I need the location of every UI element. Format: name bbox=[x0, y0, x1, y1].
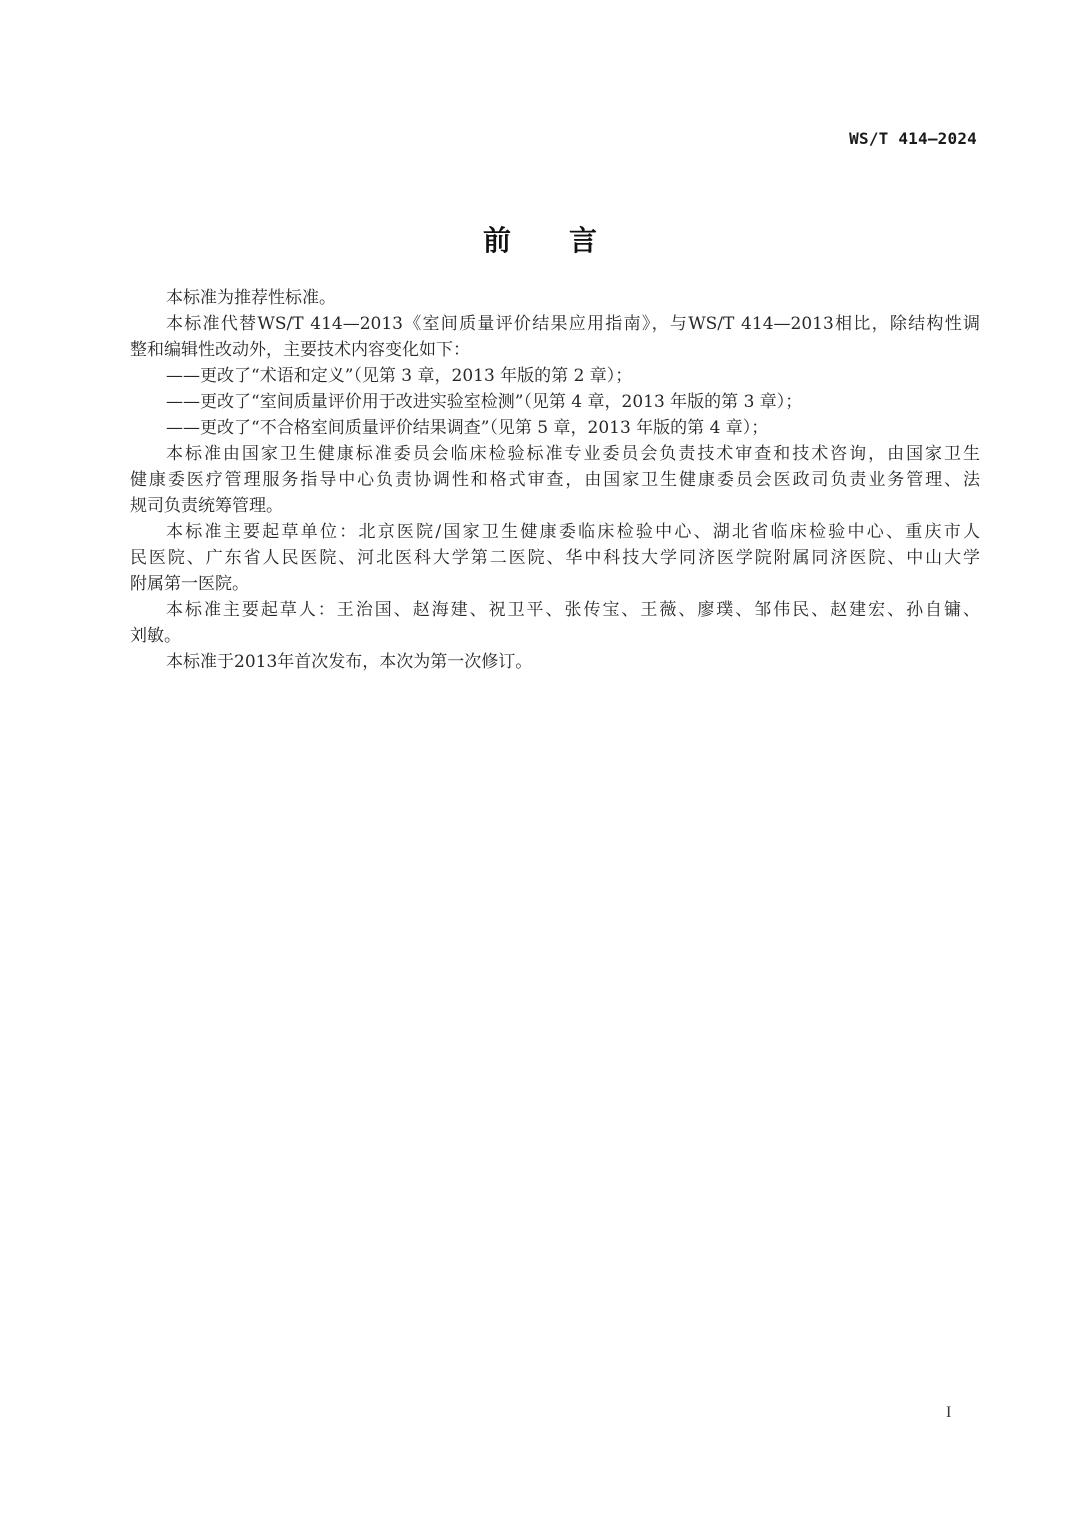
paragraph-drafting-units-line-3: 附属第一医院。 bbox=[130, 573, 249, 595]
paragraph-review-line-1: 本标准由国家卫生健康标准委员会临床检验标准专业委员会负责技术审查和技术咨询，由国… bbox=[166, 443, 980, 465]
paragraph-replacement-line-2: 整和编辑性改动外，主要技术内容变化如下： bbox=[130, 339, 470, 361]
document-page: WS/T 414—2024 前言 本标准为推荐性标准。 本标准代替WS/T 41… bbox=[0, 0, 1080, 1527]
paragraph-review-line-3: 规司负责统筹管理。 bbox=[130, 495, 283, 517]
document-code: WS/T 414—2024 bbox=[849, 129, 977, 148]
paragraph-replacement-line-1: 本标准代替WS/T 414—2013《室间质量评价结果应用指南》，与WS/T 4… bbox=[166, 313, 980, 335]
change-item: ——更改了“不合格室间质量评价结果调查”（见第 5 章，2013 年版的第 4 … bbox=[166, 417, 768, 439]
change-item: ——更改了“术语和定义”（见第 3 章，2013 年版的第 2 章）； bbox=[166, 365, 632, 387]
paragraph-recommended-standard: 本标准为推荐性标准。 bbox=[166, 287, 336, 309]
title-char-1: 前 bbox=[483, 224, 511, 257]
title-char-2: 言 bbox=[569, 224, 597, 257]
change-item: ——更改了“室间质量评价用于改进实验室检测”（见第 4 章，2013 年版的第 … bbox=[166, 391, 802, 413]
paragraph-drafters-line-1: 本标准主要起草人：王治国、赵海建、祝卫平、张传宝、王薇、廖璞、邹伟民、赵建宏、孙… bbox=[166, 599, 980, 621]
paragraph-publication-history: 本标准于2013年首次发布，本次为第一次修订。 bbox=[166, 651, 532, 673]
paragraph-drafting-units-line-1: 本标准主要起草单位：北京医院/国家卫生健康委临床检验中心、湖北省临床检验中心、重… bbox=[166, 521, 980, 543]
page-number: I bbox=[946, 1404, 951, 1422]
page-title: 前言 bbox=[0, 219, 1080, 259]
paragraph-review-line-2: 健康委医疗管理服务指导中心负责协调性和格式审查，由国家卫生健康委员会医政司负责业… bbox=[130, 469, 980, 491]
paragraph-drafters-line-2: 刘敏。 bbox=[130, 625, 181, 647]
paragraph-drafting-units-line-2: 民医院、广东省人民医院、河北医科大学第二医院、华中科技大学同济医学院附属同济医院… bbox=[130, 547, 980, 569]
